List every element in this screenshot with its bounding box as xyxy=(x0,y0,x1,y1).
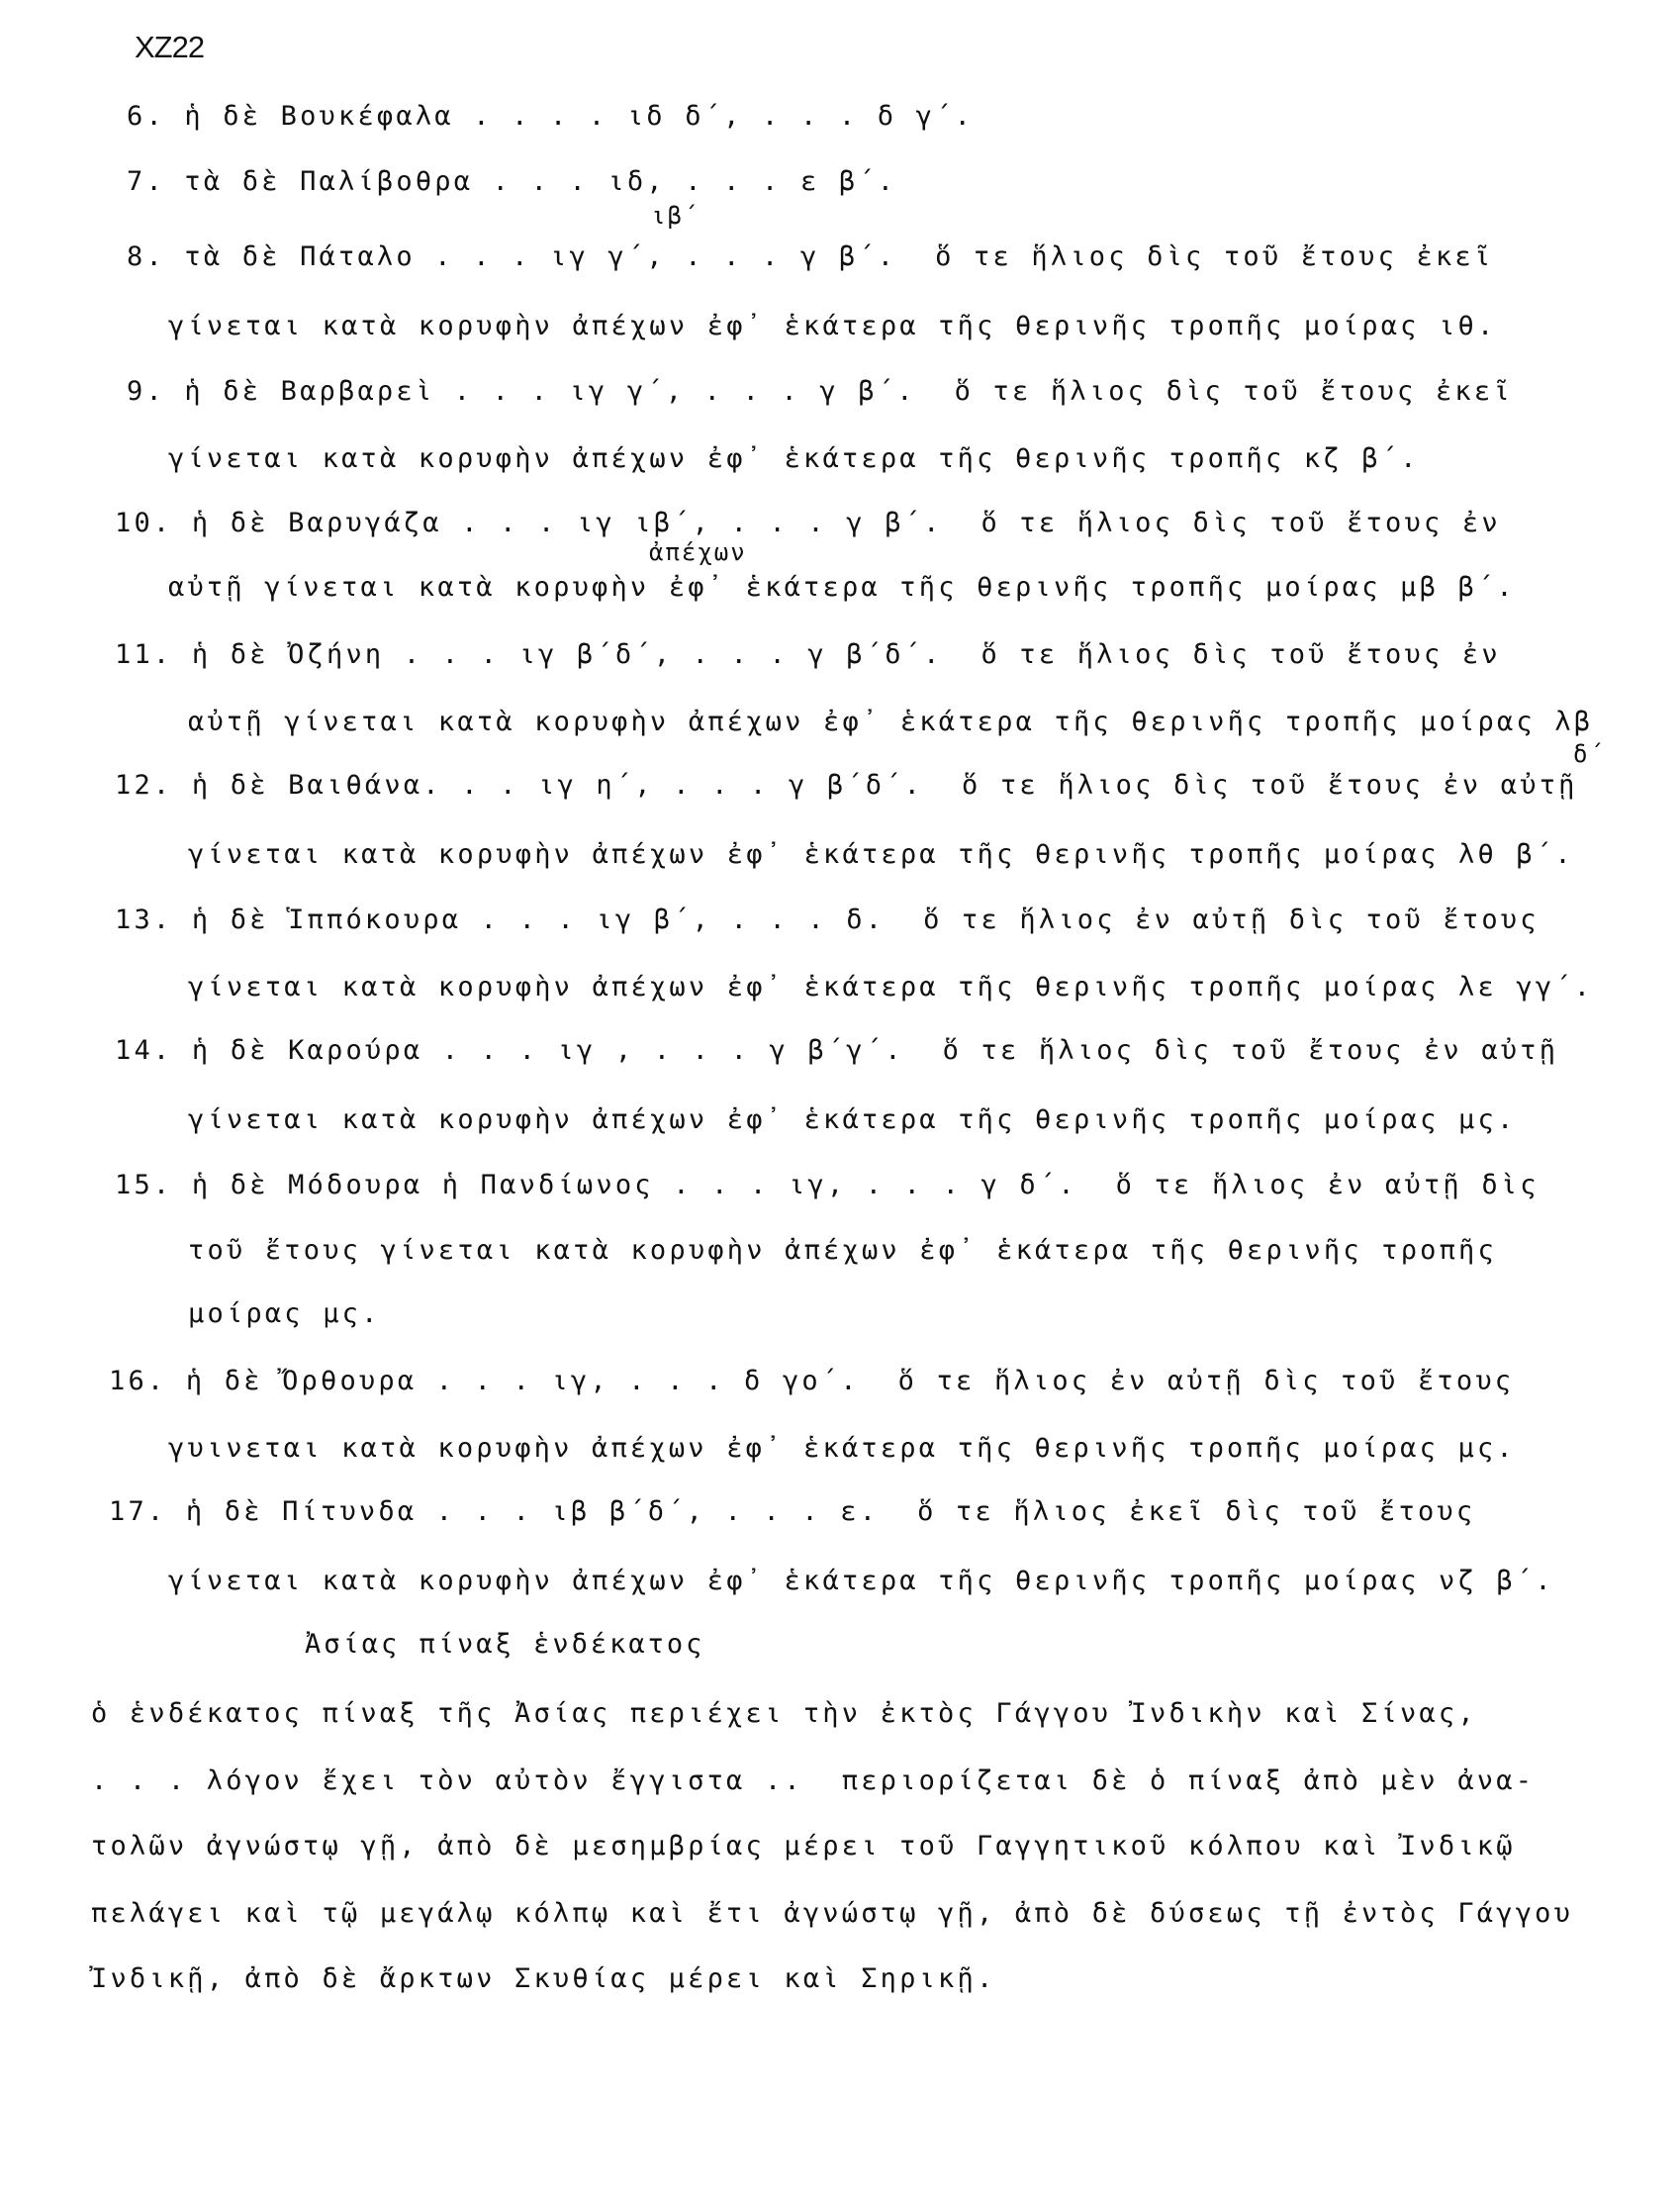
paragraph-line-4: πελάγει καὶ τῷ μεγάλῳ κόλπῳ καὶ ἔτι ἀγνώ… xyxy=(91,1900,1573,1927)
entry-16-line-1: 16. ἡ δὲ Ὄρθουρα . . . ιγ, . . . δ γο΄. … xyxy=(109,1368,1514,1394)
paragraph-line-1: ὁ ἑνδέκατος πίναξ τῆς Ἀσίας περιέχει τὴν… xyxy=(91,1700,1477,1727)
entry-10-line-1: 10. ἡ δὲ Βαρυγάζα . . . ιγ ιβ΄, . . . γ … xyxy=(115,510,1501,536)
entry-13-line-2: γίνεται κατὰ κορυφὴν ἀπέχων ἐφ᾽ ἑκάτερα … xyxy=(188,974,1593,1001)
entry-12-line-2: γίνεται κατὰ κορυφὴν ἀπέχων ἐφ᾽ ἑκάτερα … xyxy=(188,841,1574,868)
entry-15-line-3: μοίρας μς. xyxy=(188,1300,381,1327)
entry-13-line-1: 13. ἡ δὲ Ἱππόκουρα . . . ιγ β΄, . . . δ.… xyxy=(115,906,1540,933)
paragraph-line-3: τολῶν ἀγνώστῳ γῇ, ἀπὸ δὲ μεσημβρίας μέρε… xyxy=(91,1833,1516,1860)
page-id: XZ22 xyxy=(135,30,204,65)
entry-15-line-1: 15. ἡ δὲ Μόδουρα ἡ Πανδίωνος . . . ιγ, .… xyxy=(115,1172,1540,1198)
entry-10-insertion: ἀπέχων xyxy=(649,540,747,564)
entry-10-line-2: αὐτῇ γίνεται κατὰ κορυφὴν ἐφ᾽ ἑκάτερα τῆ… xyxy=(168,574,1516,601)
entry-17-line-1: 17. ἡ δὲ Πίτυνδα . . . ιβ β΄δ΄, . . . ε.… xyxy=(109,1498,1475,1525)
entry-7-line-1: 7. τὰ δὲ Παλίβοθρα . . . ιδ, . . . ε β΄. xyxy=(127,168,896,195)
paragraph-line-2: . . . λόγον ἔχει τὸν αὐτὸν ἔγγιστα .. πε… xyxy=(91,1767,1535,1794)
entry-11-insertion: δ΄ xyxy=(1573,742,1606,766)
entry-6-line-1: 6. ἡ δὲ Βουκέφαλα . . . . ιδ δ΄, . . . δ… xyxy=(127,103,974,130)
entry-14-line-2: γίνεται κατὰ κορυφὴν ἀπέχων ἐφ᾽ ἑκάτερα … xyxy=(188,1106,1516,1133)
entry-9-line-1: 9. ἡ δὲ Βαρβαρεὶ . . . ιγ γ΄, . . . γ β΄… xyxy=(127,378,1513,405)
entry-8-line-1: 8. τὰ δὲ Πάταλο . . . ιγ γ΄, . . . γ β΄.… xyxy=(127,243,1493,270)
entry-14-line-1: 14. ἡ δὲ Καρούρα . . . ιγ , . . . γ β΄γ΄… xyxy=(115,1037,1558,1064)
paragraph-line-5: Ἰνδικῇ, ἀπὸ δὲ ἄρκτων Σκυθίας μέρει καὶ … xyxy=(91,1965,995,1992)
entry-16-line-2: γυινεται κατὰ κορυφὴν ἀπέχων ἐφ᾽ ἑκάτερα… xyxy=(168,1435,1516,1462)
section-heading: Ἀσίας πίναξ ἑνδέκατος xyxy=(305,1631,704,1658)
entry-9-line-2: γίνεται κατὰ κορυφὴν ἀπέχων ἐφ᾽ ἑκάτερα … xyxy=(168,445,1420,472)
entry-11-line-2: αὐτῇ γίνεται κατὰ κορυφὴν ἀπέχων ἐφ᾽ ἑκά… xyxy=(188,709,1593,735)
entry-8-insertion: ιβ΄ xyxy=(651,204,700,228)
entry-8-line-2: γίνεται κατὰ κορυφὴν ἀπέχων ἐφ᾽ ἑκάτερα … xyxy=(168,313,1496,339)
entry-15-line-2: τοῦ ἔτους γίνεται κατὰ κορυφὴν ἀπέχων ἐφ… xyxy=(188,1237,1497,1264)
entry-12-line-1: 12. ἡ δὲ Βαιθάνα. . . ιγ η΄, . . . γ β΄δ… xyxy=(115,772,1578,799)
entry-11-line-1: 11. ἡ δὲ Ὀζήνη . . . ιγ β΄δ΄, . . . γ β΄… xyxy=(115,641,1501,668)
entry-17-line-2: γίνεται κατὰ κορυφὴν ἀπέχων ἐφ᾽ ἑκάτερα … xyxy=(168,1568,1554,1594)
